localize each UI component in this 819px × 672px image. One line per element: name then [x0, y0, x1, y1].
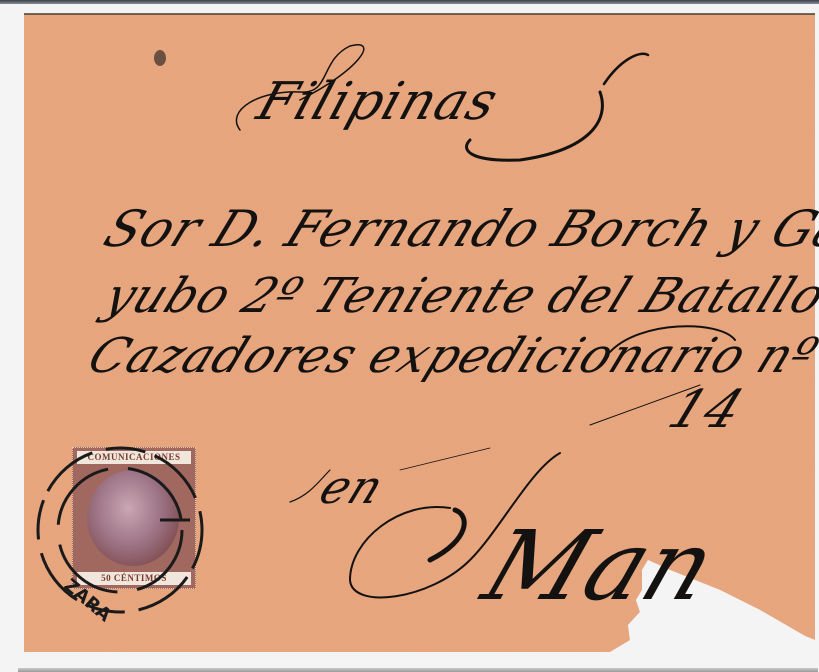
postmark-cancel — [0, 0, 819, 672]
scan-bottom-edge — [18, 668, 818, 672]
